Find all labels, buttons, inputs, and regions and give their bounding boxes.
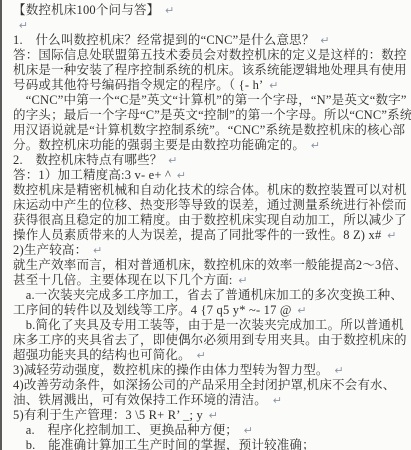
line-text: 答：1）加工精度高:3 v- e+ ^ xyxy=(13,168,171,182)
line-text: 用汉语说就是“计算机数字控制系统”。“CNC”系统是数控机床的核心部 xyxy=(13,123,405,137)
text-line: 2)生产较高： ↵ xyxy=(13,243,405,258)
line-text: 获得很高且稳定的加工精度。由于数控机床实现自动加工，所以减少了 xyxy=(13,213,407,227)
paragraph-mark-icon: ↵ xyxy=(331,364,344,377)
line-text: 3)减轻劳动强度，数控机床的操作由体力型转为智力型。 xyxy=(13,363,329,377)
paragraph-mark-icon: ↵ xyxy=(235,274,248,287)
text-line: 3)减轻劳动强度，数控机床的操作由体力型转为智力型。 ↵ xyxy=(13,363,405,378)
text-line: 操作人员素质带来的人为误差，提高了同批零件的一致性。8 Z) x# ↵ xyxy=(13,228,405,243)
line-text: 5)有利于生产管理：3 \5 R+ R’ _; y xyxy=(13,408,203,422)
text-line: 答：1）加工精度高:3 v- e+ ^ ↵ xyxy=(13,168,405,183)
line-text: 工序间的转件以及划线等工序。4 {7 q5 y* ~- 17 @ xyxy=(13,303,292,317)
line-text: 就生产效率而言，相对普通机床，数控机床的效率一般能提高2～3倍、 xyxy=(13,258,407,272)
text-line: b. 能准确计算加工生产时间的掌握，预计较准确； xyxy=(13,438,405,450)
line-text: 的字头；最后一个字母“C”是英文“控制”的第一个字母。所以“CNC”系统 xyxy=(13,108,411,122)
text-line: 【数控机床100个问与答】 ↵ xyxy=(13,3,405,18)
line-text: 【数控机床100个问与答】 xyxy=(13,3,159,17)
text-line: 数控机床是精密机械和自动化技术的综合体。机床的数控装置可以对机 xyxy=(13,183,405,198)
text-line: 的字头；最后一个字母“C”是英文“控制”的第一个字母。所以“CNC”系统 xyxy=(13,108,405,123)
line-text: 床运动中产生的位移、热变形等导致的误差，通过测量系统进行补偿而 xyxy=(13,198,407,212)
text-line: 超强功能夹具的结构也可简化。 ↵ xyxy=(13,348,405,363)
paragraph-mark-icon: ↵ xyxy=(317,34,330,47)
line-text: 2)生产较高： xyxy=(13,243,87,257)
text-line: a. 程序化控制加工、更换品种方便； ↵ xyxy=(13,423,405,438)
paragraph-mark-icon: ↵ xyxy=(383,229,396,242)
line-text: 数控机床是精密机械和自动化技术的综合体。机床的数控装置可以对机 xyxy=(13,183,407,197)
text-line: 5)有利于生产管理：3 \5 R+ R’ _; y ↵ xyxy=(13,408,405,423)
line-text: b. 能准确计算加工生产时间的掌握，预计较准确； xyxy=(13,438,315,450)
text-line: ↵ xyxy=(13,18,405,33)
text-line: 机床是一种安装了程序控制系统的机床。该系统能逻辑地处理具有使用 xyxy=(13,63,405,78)
text-line: 床运动中产生的位移、热变形等导致的误差，通过测量系统进行补偿而 xyxy=(13,198,405,213)
paragraph-mark-icon: ↵ xyxy=(173,169,186,182)
line-text: 1. 什么叫数控机床？经常提到的“CNC”是什么意思？ xyxy=(13,33,315,47)
text-line: “CNC”中第一个“C是”英文“计算机”的第一个字母，“N”是英文“数字” xyxy=(13,93,405,108)
line-text: 油、铁屑溅出，可有效保持工作环境的清洁。 xyxy=(13,393,267,407)
text-line: b.简化了夹具及专用工装等，由于是一次装夹完成加工。所以普通机 xyxy=(13,318,405,333)
line-text: 超强功能夹具的结构也可简化。 xyxy=(13,348,191,362)
paragraph-mark-icon: ↵ xyxy=(294,304,307,317)
text-line: 2. 数控机床特点有哪些？ ↵ xyxy=(13,153,405,168)
line-text: 号码或其他符号编码指令规定的程序。（ {- h’ xyxy=(13,78,263,92)
paragraph-mark-icon: ↵ xyxy=(193,349,206,362)
text-line: 答：国际信息处联盟第五技术委员会对数控机床的定义是这样的：数控 xyxy=(13,48,405,63)
text-line: 床多工序的夹具省去了，即使偶尔必须用到专用夹具。由于数控机床的 xyxy=(13,333,405,348)
text-line: 1. 什么叫数控机床？经常提到的“CNC”是什么意思？ ↵ xyxy=(13,33,405,48)
text-line: 油、铁屑溅出，可有效保持工作环境的清洁。 ↵ xyxy=(13,393,405,408)
line-text: 4)改善劳动条件，如深扬公司的产品采用全封闭护罩,机床不会有水、 xyxy=(13,378,395,392)
line-text: 床多工序的夹具省去了，即使偶尔必须用到专用夹具。由于数控机床的 xyxy=(13,333,407,347)
line-text: 甚至十几倍。主要体现在以下几个方面: xyxy=(13,273,233,287)
paragraph-mark-icon: ↵ xyxy=(161,4,174,17)
paragraph-mark-icon: ↵ xyxy=(265,79,278,92)
paragraph-mark-icon: ↵ xyxy=(164,154,177,167)
line-text: a. 程序化控制加工、更换品种方便； xyxy=(13,423,238,437)
line-text: 2. 数控机床特点有哪些？ xyxy=(13,153,162,167)
text-line: 获得很高且稳定的加工精度。由于数控机床实现自动加工，所以减少了 xyxy=(13,213,405,228)
text-line: a.一次装夹完成多工序加工，省去了普通机床加工的多次变换工种、 xyxy=(13,288,405,303)
paragraph-mark-icon: ↵ xyxy=(269,394,282,407)
text-line: 就生产效率而言，相对普通机床，数控机床的效率一般能提高2～3倍、 xyxy=(13,258,405,273)
text-line: 4)改善劳动条件，如深扬公司的产品采用全封闭护罩,机床不会有水、 xyxy=(13,378,405,393)
paragraph-mark-icon: ↵ xyxy=(240,424,253,437)
document-page: 【数控机床100个问与答】 ↵ ↵1. 什么叫数控机床？经常提到的“CNC”是什… xyxy=(0,0,411,450)
line-text: 答：国际信息处联盟第五技术委员会对数控机床的定义是这样的：数控 xyxy=(13,48,407,62)
line-text: a.一次装夹完成多工序加工，省去了普通机床加工的多次变换工种、 xyxy=(13,288,403,302)
line-text: “CNC”中第一个“C是”英文“计算机”的第一个字母，“N”是英文“数字” xyxy=(13,93,407,107)
paragraph-mark-icon: ↵ xyxy=(307,139,320,152)
text-line: 工序间的转件以及划线等工序。4 {7 q5 y* ~- 17 @ ↵ xyxy=(13,303,405,318)
paragraph-mark-icon: ↵ xyxy=(15,19,28,32)
line-text: 分。数控机床功能的强弱主要是由数控功能确定的。 xyxy=(13,138,305,152)
text-line: 甚至十几倍。主要体现在以下几个方面: ↵ xyxy=(13,273,405,288)
document-body: 【数控机床100个问与答】 ↵ ↵1. 什么叫数控机床？经常提到的“CNC”是什… xyxy=(13,3,405,450)
text-line: 号码或其他符号编码指令规定的程序。（ {- h’ ↵ xyxy=(13,78,405,93)
paragraph-mark-icon: ↵ xyxy=(89,244,102,257)
text-line: 分。数控机床功能的强弱主要是由数控功能确定的。 ↵ xyxy=(13,138,405,153)
text-line: 用汉语说就是“计算机数字控制系统”。“CNC”系统是数控机床的核心部 xyxy=(13,123,405,138)
line-text: b.简化了夹具及专用工装等，由于是一次装夹完成加工。所以普通机 xyxy=(13,318,404,332)
line-text: 机床是一种安装了程序控制系统的机床。该系统能逻辑地处理具有使用 xyxy=(13,63,407,77)
paragraph-mark-icon: ↵ xyxy=(205,409,218,422)
line-text: 操作人员素质带来的人为误差，提高了同批零件的一致性。8 Z) x# xyxy=(13,228,381,242)
